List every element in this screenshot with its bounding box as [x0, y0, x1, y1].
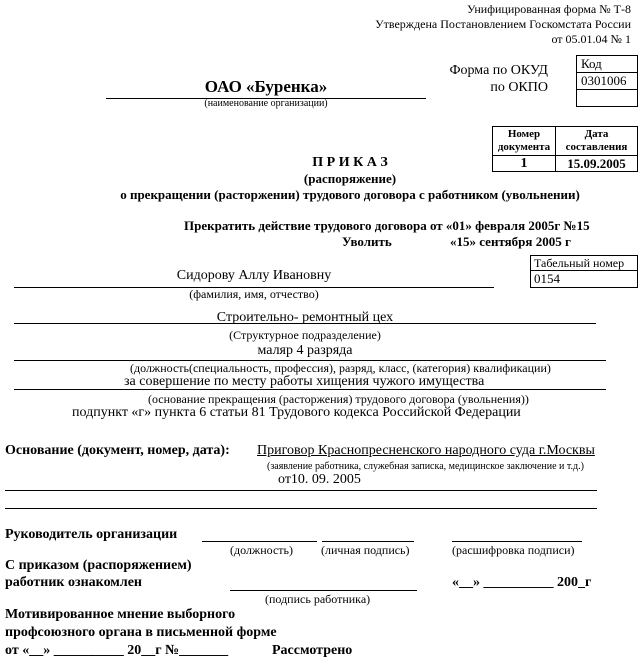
- basis-line-1: [5, 490, 597, 491]
- organization-caption: (наименование организации): [106, 98, 426, 109]
- approved-by: Утверждена Постановлением Госкомстата Ро…: [375, 17, 631, 32]
- code-table: Код 0301006: [576, 55, 638, 107]
- document-title: П Р И К А З: [200, 155, 500, 171]
- employee-signature-caption: (подпись работника): [265, 592, 370, 607]
- okud-code: 0301006: [577, 73, 638, 90]
- employee-name: Сидорову Аллу Ивановну: [14, 268, 494, 284]
- doc-number-value: 1: [493, 156, 556, 172]
- union-line-1: Мотивированное мнение выборного: [5, 607, 235, 623]
- okud-label: Форма по ОКУД: [449, 63, 548, 79]
- doc-number-header: Номер документа: [493, 127, 556, 156]
- tab-number-table: Табельный номер 0154: [530, 255, 638, 288]
- doc-date-header: Дата составления: [556, 127, 638, 156]
- basis-value: Приговор Краснопресненского народного су…: [257, 443, 595, 459]
- basis-caption: (заявление работника, служебная записка,…: [267, 461, 584, 472]
- dismiss-label: Уволить: [342, 234, 392, 250]
- union-reviewed: Рассмотрено: [272, 643, 352, 659]
- dismiss-date: «15» сентября 2005 г: [450, 234, 571, 250]
- legal-basis: подпункт «г» пункта 6 статьи 81 Трудовог…: [72, 405, 521, 421]
- head-position-line[interactable]: [202, 541, 317, 542]
- position: маляр 4 разряда: [14, 343, 596, 359]
- document-subtitle: (распоряжение): [200, 171, 500, 187]
- acquainted-date-blank: «__» __________ 200_г: [452, 575, 591, 591]
- head-decoding-line[interactable]: [452, 541, 582, 542]
- dismissal-reason: за совершение по месту работы хищения чу…: [124, 374, 484, 390]
- union-line-3: от «__» __________ 20__г №_______: [5, 643, 228, 659]
- okpo-code: [577, 90, 638, 107]
- acquainted-line-1: С приказом (распоряжением): [5, 558, 192, 574]
- basis-line-2: [5, 508, 597, 509]
- head-label: Руководитель организации: [5, 527, 177, 543]
- department-underline: [14, 323, 596, 324]
- organization-name: ОАО «Буренка»: [106, 77, 426, 97]
- basis-label: Основание (документ, номер, дата):: [5, 443, 230, 459]
- terminate-contract: Прекратить действие трудового договора о…: [184, 218, 590, 234]
- tab-number-header: Табельный номер: [531, 256, 638, 271]
- tab-number-value: 0154: [531, 271, 638, 288]
- employee-name-caption: (фамилия, имя, отчество): [14, 287, 494, 302]
- doc-date-value: 15.09.2005: [556, 156, 638, 172]
- signature-caption: (личная подпись): [321, 543, 410, 558]
- form-name: Унифицированная форма № Т-8: [467, 2, 631, 17]
- head-signature-line[interactable]: [322, 541, 414, 542]
- document-about: о прекращении (расторжении) трудового до…: [100, 187, 600, 203]
- document-table: Номер документа Дата составления 1 15.09…: [492, 126, 638, 172]
- approved-date: от 05.01.04 № 1: [551, 32, 631, 47]
- reason-underline: [14, 389, 606, 390]
- department-caption: (Структурное подразделение): [14, 328, 596, 343]
- code-header: Код: [577, 56, 638, 73]
- basis-date: от10. 09. 2005: [278, 472, 361, 488]
- employee-signature-line[interactable]: [230, 590, 417, 591]
- okpo-label: по ОКПО: [490, 80, 548, 96]
- decoding-caption: (расшифровка подписи): [452, 543, 575, 558]
- union-line-2: профсоюзного органа в письменной форме: [5, 625, 277, 641]
- position-caption-sig: (должность): [230, 543, 293, 558]
- acquainted-line-2: работник ознакомлен: [5, 575, 142, 591]
